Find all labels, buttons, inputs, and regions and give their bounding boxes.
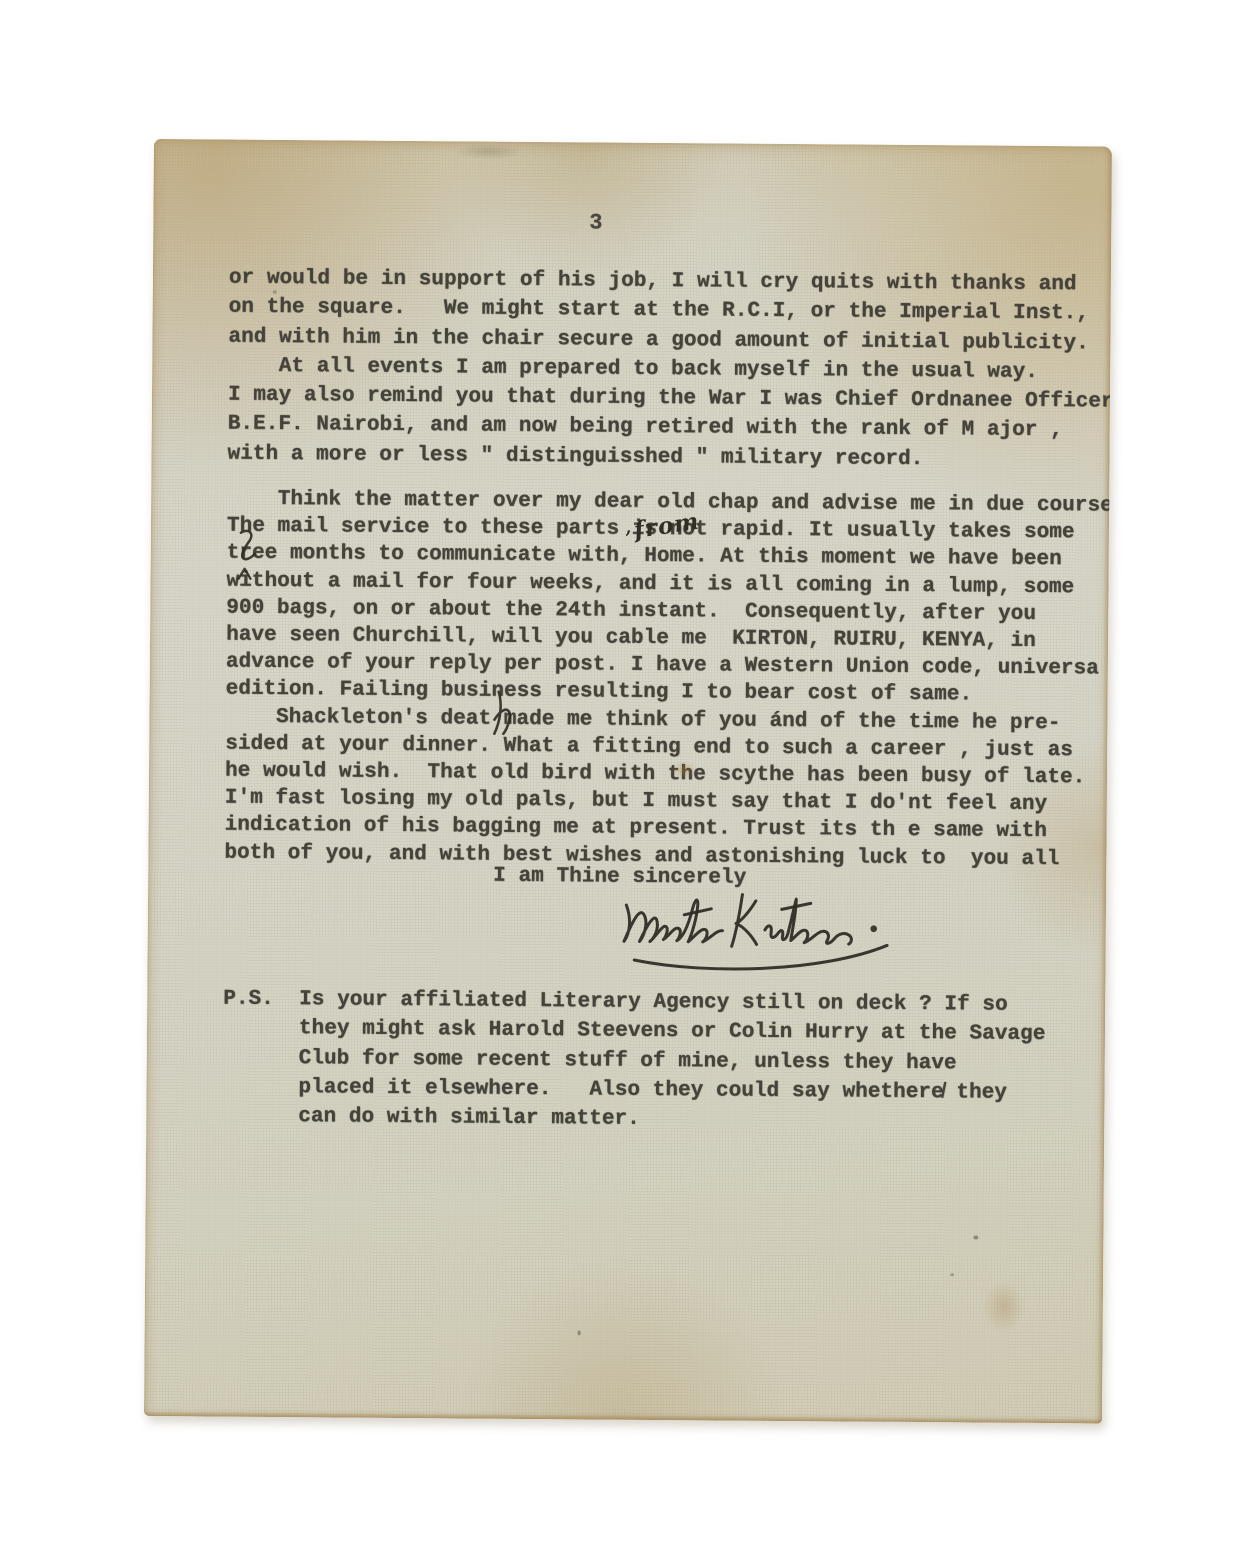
- handwritten-caret-icon: [237, 567, 253, 581]
- letter-page: 3 or would be in support of his job, I w…: [144, 139, 1112, 1423]
- stain-smudge: [454, 143, 524, 160]
- postscript: P.S. Is your affiliated Literary Agency …: [222, 985, 1105, 1138]
- handwritten-correction-mark: [235, 528, 265, 564]
- ink-speck: [973, 1235, 978, 1239]
- ink-speck: [578, 1330, 581, 1335]
- signature-name-text: Walter Kirton: [154, 139, 155, 140]
- signature-walter-kirton: [615, 879, 906, 973]
- ink-speck: [273, 290, 277, 294]
- handwritten-letter-h: [490, 690, 514, 736]
- paragraph-2: Think the matter over my dear old chap a…: [224, 486, 1109, 874]
- paragraph-1: or would be in support of his job, I wil…: [227, 264, 1111, 476]
- ink-speck: [950, 1273, 954, 1276]
- page-number: 3: [589, 210, 602, 235]
- stain-spot: [983, 1281, 1025, 1333]
